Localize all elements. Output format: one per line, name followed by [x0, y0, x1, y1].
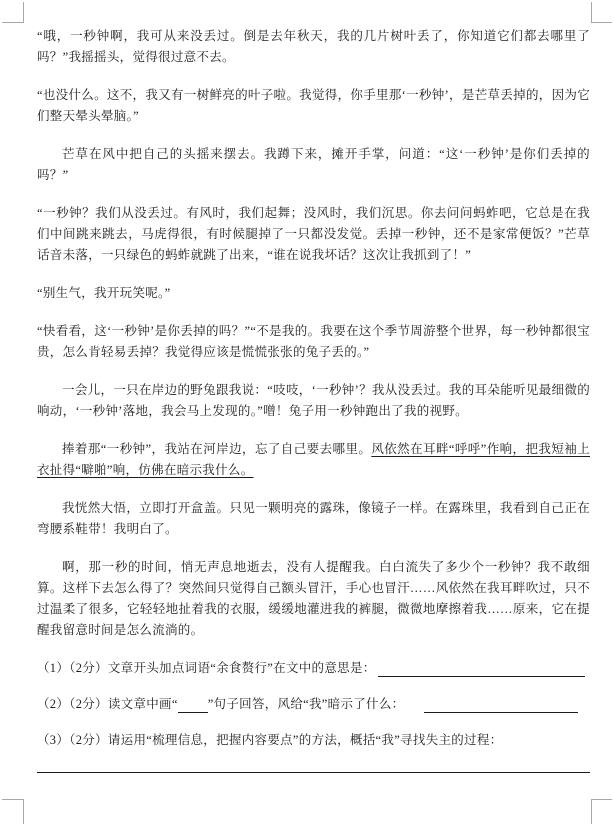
crop-mark-top-left: [2, 22, 24, 23]
question-2-inline-blank: [178, 694, 208, 713]
story-paragraph-9: 我恍然大悟，立即打开盒盖。只见一颗明亮的露珠，像镜子一样。在露珠里，我看到自己正…: [37, 498, 590, 540]
crop-mark-bottom-right: [591, 799, 612, 800]
question-3-label: （3）（2分）请运用“梳理信息，把握内容要点”的方法，概括“我”寻找失主的过程：: [37, 730, 502, 751]
question-1-answer-blank: [378, 658, 585, 677]
question-2-label-post: ”句子回答，风给“我”暗示了什么：: [208, 694, 405, 715]
crop-mark-bottom-right: [591, 799, 592, 824]
story-paragraph-2: “也没什么。这不，我又有一树鲜亮的叶子啦。我觉得，你手里那‘一秒钟’，是芒草丢掉…: [37, 85, 590, 127]
question-3-answer-line: [37, 772, 590, 773]
crop-mark-bottom-left: [23, 799, 24, 824]
story-paragraph-4: “一秒钟？我们从没丢过。有风时，我们起舞；没风时，我们沉思。你去问问蚂蚱吧，它总…: [37, 203, 590, 266]
crop-mark-top-left: [23, 2, 24, 23]
document-page: “哦，一秒钟啊，我可从来没丢过。倒是去年秋天，我的几片树叶丢了，你知道它们都去哪…: [37, 26, 590, 773]
question-1-label: （1）（2分）文章开头加点词语“余食赘行”在文中的意思是：: [37, 658, 376, 679]
story-paragraph-3: 芒草在风中把自己的头摇来摆去。我蹲下来，摊开手掌，问道：“这‘一秒钟’是你们丢掉…: [37, 144, 590, 186]
story-paragraph-8-plain: 捧着那“一秒钟”，我站在河岸边，忘了自己要去哪里。: [62, 442, 371, 456]
story-paragraph-6: “快看看，这‘一秒钟’是你丢掉的吗？”“不是我的。我要在这个季节周游整个世界，每…: [37, 321, 590, 363]
story-paragraph-10: 啊，那一秒的时间，悄无声息地逝去，没有人提醒我。白白流失了多少个一秒钟？我不敢细…: [37, 557, 590, 641]
story-paragraph-5: “别生气，我开玩笑呢。”: [37, 283, 590, 304]
story-paragraph-7: 一会儿，一只在岸边的野兔跟我说：“吱吱，‘一秒钟’？我从没丢过。我的耳朵能听见最…: [37, 380, 590, 422]
question-1: （1）（2分）文章开头加点词语“余食赘行”在文中的意思是：: [37, 658, 590, 679]
question-2-answer-blank: [424, 694, 578, 713]
question-2: （2）（2分）读文章中画“ ”句子回答，风给“我”暗示了什么：: [37, 694, 590, 715]
crop-mark-top-right: [591, 22, 612, 23]
story-paragraph-1: “哦，一秒钟啊，我可从来没丢过。倒是去年秋天，我的几片树叶丢了，你知道它们都去哪…: [37, 26, 590, 68]
question-2-label-pre: （2）（2分）读文章中画“: [37, 694, 178, 715]
question-3: （3）（2分）请运用“梳理信息，把握内容要点”的方法，概括“我”寻找失主的过程：: [37, 730, 590, 751]
crop-mark-bottom-left: [2, 799, 24, 800]
story-paragraph-8: 捧着那“一秒钟”，我站在河岸边，忘了自己要去哪里。风依然在耳畔“呼呼”作响，把我…: [37, 439, 590, 481]
crop-mark-top-right: [591, 2, 592, 23]
